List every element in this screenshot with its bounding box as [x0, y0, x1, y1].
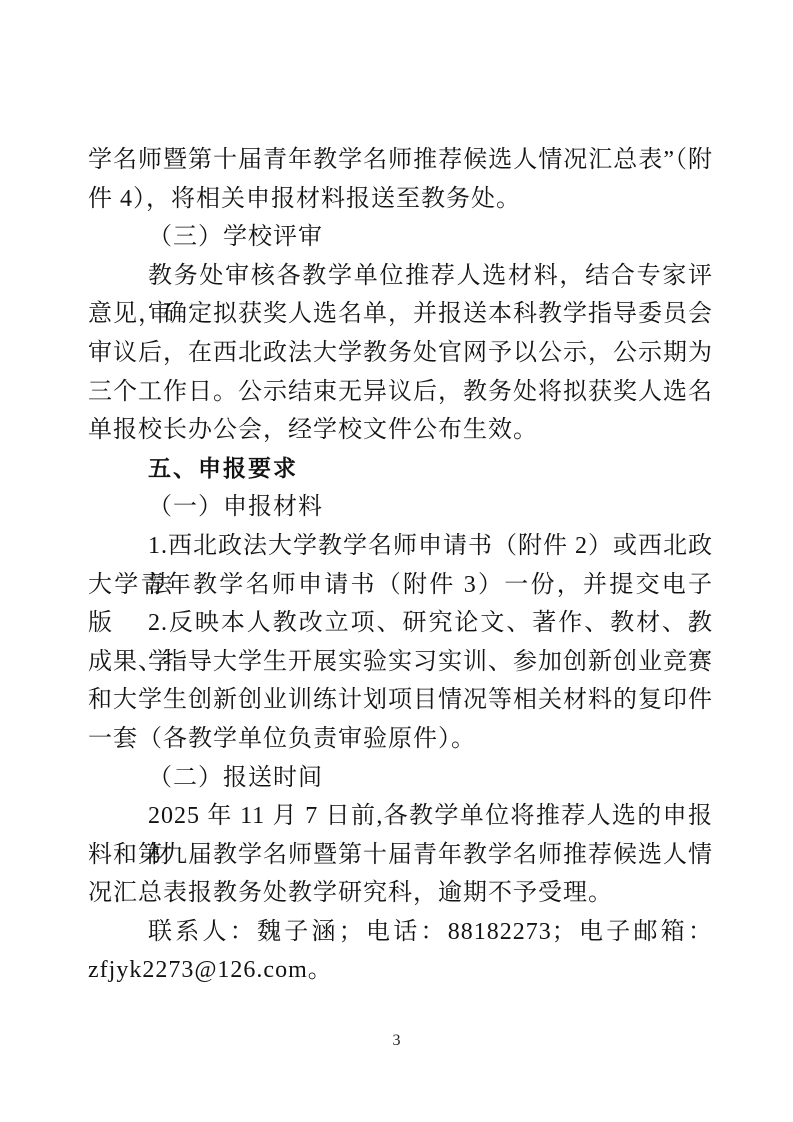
contact-line: 联系人：魏子涵；电话：88182273；电子邮箱：: [88, 913, 713, 952]
text-line: 2.反映本人教改立项、研究论文、著作、教材、教学: [88, 604, 713, 643]
document-page: 学名师暨第十届青年教学名师推荐候选人情况汇总表”（附 件 4），将相关申报材料报…: [0, 0, 793, 1122]
text-line: 教务处审核各教学单位推荐人选材料，结合专家评审: [88, 257, 713, 296]
text-line: 1.西北政法大学教学名师申请书（附件 2）或西北政法: [88, 527, 713, 566]
section-subheading: （三）学校评审: [88, 218, 713, 257]
text-line: 和大学生创新创业训练计划项目情况等相关材料的复印件: [88, 681, 713, 720]
section-heading: 五、申报要求: [88, 450, 713, 489]
text-line: 2025 年 11 月 7 日前,各教学单位将推荐人选的申报材: [88, 797, 713, 836]
page-number: 3: [0, 1032, 793, 1050]
document-body: 学名师暨第十届青年教学名师推荐候选人情况汇总表”（附 件 4），将相关申报材料报…: [88, 141, 713, 990]
text-line: 件 4），将相关申报材料报送至教务处。: [88, 180, 713, 219]
text-line: 成果、指导大学生开展实验实习实训、参加创新创业竞赛: [88, 643, 713, 682]
section-subheading: （一）申报材料: [88, 488, 713, 527]
text-line: 单报校长办公会，经学校文件公布生效。: [88, 411, 713, 450]
text-line: 学名师暨第十届青年教学名师推荐候选人情况汇总表”（附: [88, 141, 713, 180]
section-subheading: （二）报送时间: [88, 759, 713, 798]
text-line: 三个工作日。公示结束无异议后，教务处将拟获奖人选名: [88, 373, 713, 412]
text-line: 意见，确定拟获奖人选名单，并报送本科教学指导委员会: [88, 295, 713, 334]
text-line: 况汇总表报教务处教学研究科，逾期不予受理。: [88, 874, 713, 913]
text-line: 审议后，在西北政法大学教务处官网予以公示，公示期为: [88, 334, 713, 373]
text-line: 一套（各教学单位负责审验原件）。: [88, 720, 713, 759]
text-line: 料和第九届教学名师暨第十届青年教学名师推荐候选人情: [88, 836, 713, 875]
text-line: 大学青年教学名师申请书（附件 3）一份，并提交电子版。: [88, 566, 713, 605]
email-line: zfjyk2273@126.com。: [88, 951, 713, 990]
